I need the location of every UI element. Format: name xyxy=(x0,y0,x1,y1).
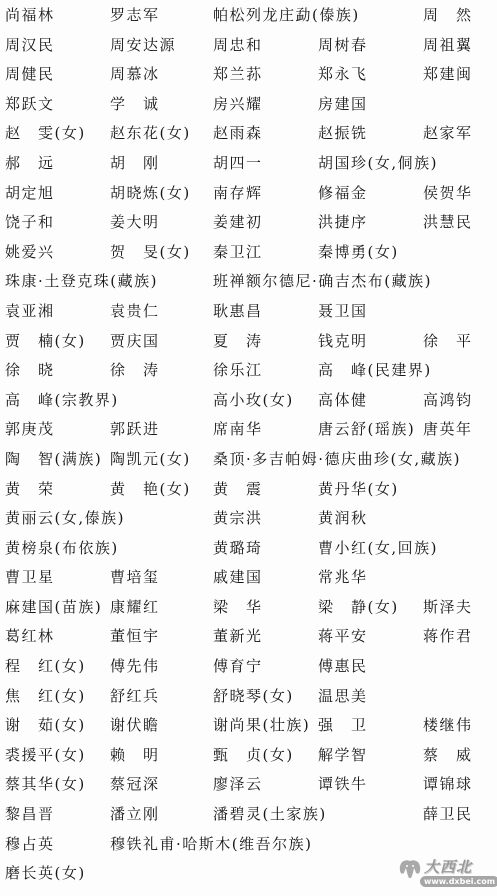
name-entry: 周慕冰 xyxy=(110,62,160,86)
name-entry: 班禅额尔德尼·确吉杰布(藏族) xyxy=(213,269,432,293)
name-entry: 常兆华 xyxy=(318,565,368,589)
name-entry: 胡晓炼(女) xyxy=(110,181,191,205)
name-entry: 房建国 xyxy=(318,92,368,116)
name-entry: 舒晓琴(女) xyxy=(213,684,294,708)
name-entry: 赵雨森 xyxy=(213,121,263,145)
name-entry: 斯泽夫 xyxy=(423,595,473,619)
watermark-title: 大西北 xyxy=(424,856,472,877)
name-entry: 曹卫星 xyxy=(5,565,55,589)
name-entry: 贾庆国 xyxy=(110,329,160,353)
name-entry: 罗志军 xyxy=(110,3,160,27)
name-entry: 蔡 威 xyxy=(423,743,473,767)
name-entry: 桑顶·多吉帕姆·德庆曲珍(女,藏族) xyxy=(213,447,461,471)
name-entry: 康耀红 xyxy=(110,595,160,619)
name-entry: 强 卫 xyxy=(318,713,368,737)
name-entry: 徐乐江 xyxy=(213,358,263,382)
name-entry: 焦 红(女) xyxy=(5,684,86,708)
name-entry: 高体健 xyxy=(318,388,368,412)
name-entry: 饶子和 xyxy=(5,210,55,234)
name-entry: 房兴耀 xyxy=(213,92,263,116)
name-entry: 周祖翼 xyxy=(423,33,473,57)
name-entry: 夏 涛 xyxy=(213,329,263,353)
name-entry: 赖 明 xyxy=(110,743,160,767)
name-row: 蔡其华(女)蔡冠深廖泽云谭铁牛谭锦球 xyxy=(0,772,497,802)
name-entry: 傅先伟 xyxy=(110,654,160,678)
name-entry: 赵家军 xyxy=(423,121,473,145)
name-entry: 郑建闽 xyxy=(423,62,473,86)
name-entry: 高 峰(宗教界) xyxy=(5,388,119,412)
watermark: 大西北 www.dxbei.com xyxy=(398,856,493,890)
watermark-url: www.dxbei.com xyxy=(420,876,497,887)
name-row: 陶 智(满族)陶凯元(女)桑顶·多吉帕姆·德庆曲珍(女,藏族) xyxy=(0,447,497,477)
name-entry: 蒋作君 xyxy=(423,624,473,648)
name-entry: 周安达源 xyxy=(110,33,176,57)
name-entry: 秦卫江 xyxy=(213,240,263,264)
elephant-head-icon xyxy=(398,858,422,880)
name-entry: 周忠和 xyxy=(213,33,263,57)
name-row: 高 峰(宗教界)高小玫(女)高体健高鸿钧 xyxy=(0,388,497,418)
name-entry: 廖泽云 xyxy=(213,772,263,796)
name-entry: 聂卫国 xyxy=(318,299,368,323)
name-entry: 黄丽云(女,傣族) xyxy=(5,506,125,530)
name-entry: 薛卫民 xyxy=(423,802,473,826)
name-entry: 潘碧灵(土家族) xyxy=(213,802,327,826)
name-entry: 修福金 xyxy=(318,181,368,205)
name-entry: 贺 旻(女) xyxy=(110,240,191,264)
name-entry: 郝 远 xyxy=(5,151,55,175)
name-entry: 谭铁牛 xyxy=(318,772,368,796)
name-entry: 葛红林 xyxy=(5,624,55,648)
name-row: 裘援平(女)赖 明甄 贞(女)解学智蔡 威 xyxy=(0,743,497,773)
name-entry: 蒋平安 xyxy=(318,624,368,648)
name-entry: 黄 震 xyxy=(213,477,263,501)
name-row: 赵 雯(女)赵东花(女)赵雨森赵振铣赵家军 xyxy=(0,121,497,151)
name-entry: 钱克明 xyxy=(318,329,368,353)
name-entry: 麻建国(苗族) xyxy=(5,595,102,619)
name-entry: 唐云舒(瑶族) xyxy=(318,417,415,441)
name-entry: 蔡冠深 xyxy=(110,772,160,796)
name-entry: 潘立刚 xyxy=(110,802,160,826)
name-entry: 黄丹华(女) xyxy=(318,477,399,501)
name-entry: 戚建国 xyxy=(213,565,263,589)
name-entry: 洪慧民 xyxy=(423,210,473,234)
name-entry: 唐英年 xyxy=(423,417,473,441)
name-entry: 南存辉 xyxy=(213,181,263,205)
name-entry: 学 诚 xyxy=(110,92,160,116)
name-entry: 郭跃进 xyxy=(110,417,160,441)
name-entry: 袁贵仁 xyxy=(110,299,160,323)
name-row: 姚爱兴贺 旻(女)秦卫江秦博勇(女) xyxy=(0,240,497,270)
name-entry: 周树春 xyxy=(318,33,368,57)
name-entry: 贾 楠(女) xyxy=(5,329,86,353)
document-page: 尚福林罗志军帕松列龙庄勐(傣族)周 然周汉民周安达源周忠和周树春周祖翼周健民周慕… xyxy=(0,0,497,896)
name-entry: 陶凯元(女) xyxy=(110,447,191,471)
name-list: 尚福林罗志军帕松列龙庄勐(傣族)周 然周汉民周安达源周忠和周树春周祖翼周健民周慕… xyxy=(0,3,497,891)
name-row: 谢 茹(女)谢伏瞻谢尚果(壮族)强 卫楼继伟 xyxy=(0,713,497,743)
name-entry: 黄润秋 xyxy=(318,506,368,530)
name-entry: 席南华 xyxy=(213,417,263,441)
name-entry: 姜建初 xyxy=(213,210,263,234)
name-row: 饶子和姜大明姜建初洪捷序洪慧民 xyxy=(0,210,497,240)
name-entry: 黎昌晋 xyxy=(5,802,55,826)
name-entry: 姚爱兴 xyxy=(5,240,55,264)
name-entry: 胡四一 xyxy=(213,151,263,175)
name-entry: 裘援平(女) xyxy=(5,743,86,767)
name-row: 袁亚湘袁贵仁耿惠昌聂卫国 xyxy=(0,299,497,329)
name-entry: 赵振铣 xyxy=(318,121,368,145)
name-entry: 黄璐琦 xyxy=(213,536,263,560)
name-entry: 谭锦球 xyxy=(423,772,473,796)
name-entry: 解学智 xyxy=(318,743,368,767)
name-entry: 磨长英(女) xyxy=(5,861,86,885)
name-entry: 舒红兵 xyxy=(110,684,160,708)
name-row: 周健民周慕冰郑兰荪郑永飞郑建闽 xyxy=(0,62,497,92)
name-row: 胡定旭胡晓炼(女)南存辉修福金侯贺华 xyxy=(0,181,497,211)
name-row: 黄 荣黄 艳(女)黄 震黄丹华(女) xyxy=(0,477,497,507)
name-entry: 徐 晓 xyxy=(5,358,55,382)
name-row: 黎昌晋潘立刚潘碧灵(土家族)薛卫民 xyxy=(0,802,497,832)
name-entry: 谢 茹(女) xyxy=(5,713,86,737)
name-entry: 郭庚茂 xyxy=(5,417,55,441)
name-row: 周汉民周安达源周忠和周树春周祖翼 xyxy=(0,33,497,63)
name-row: 曹卫星曹培玺戚建国常兆华 xyxy=(0,565,497,595)
name-row: 尚福林罗志军帕松列龙庄勐(傣族)周 然 xyxy=(0,3,497,33)
name-entry: 温思美 xyxy=(318,684,368,708)
name-row: 贾 楠(女)贾庆国夏 涛钱克明徐 平 xyxy=(0,329,497,359)
name-entry: 梁 华 xyxy=(213,595,263,619)
name-entry: 秦博勇(女) xyxy=(318,240,399,264)
name-row: 珠康·土登克珠(藏族)班禅额尔德尼·确吉杰布(藏族) xyxy=(0,269,497,299)
name-row: 郭庚茂郭跃进席南华唐云舒(瑶族)唐英年 xyxy=(0,417,497,447)
name-entry: 耿惠昌 xyxy=(213,299,263,323)
name-entry: 傅惠民 xyxy=(318,654,368,678)
name-row: 麻建国(苗族)康耀红梁 华梁 静(女)斯泽夫 xyxy=(0,595,497,625)
name-entry: 洪捷序 xyxy=(318,210,368,234)
name-entry: 黄宗洪 xyxy=(213,506,263,530)
name-entry: 珠康·土登克珠(藏族) xyxy=(5,269,158,293)
name-entry: 袁亚湘 xyxy=(5,299,55,323)
name-entry: 蔡其华(女) xyxy=(5,772,86,796)
name-entry: 谢尚果(壮族) xyxy=(213,713,310,737)
name-entry: 尚福林 xyxy=(5,3,55,27)
name-row: 程 红(女)傅先伟傅育宁傅惠民 xyxy=(0,654,497,684)
name-entry: 董新光 xyxy=(213,624,263,648)
name-entry: 程 红(女) xyxy=(5,654,86,678)
name-row: 郑跃文学 诚房兴耀房建国 xyxy=(0,92,497,122)
name-entry: 曹培玺 xyxy=(110,565,160,589)
name-row: 黄丽云(女,傣族)黄宗洪黄润秋 xyxy=(0,506,497,536)
name-entry: 胡定旭 xyxy=(5,181,55,205)
name-entry: 徐 平 xyxy=(423,329,473,353)
name-row: 葛红林董恒宇董新光蒋平安蒋作君 xyxy=(0,624,497,654)
name-entry: 楼继伟 xyxy=(423,713,473,737)
name-entry: 高小玫(女) xyxy=(213,388,294,412)
name-entry: 黄 荣 xyxy=(5,477,55,501)
name-entry: 周 然 xyxy=(423,3,473,27)
name-entry: 董恒宇 xyxy=(110,624,160,648)
name-entry: 郑兰荪 xyxy=(213,62,263,86)
name-entry: 赵 雯(女) xyxy=(5,121,86,145)
name-entry: 郑永飞 xyxy=(318,62,368,86)
name-entry: 周健民 xyxy=(5,62,55,86)
name-entry: 侯贺华 xyxy=(423,181,473,205)
name-entry: 甄 贞(女) xyxy=(213,743,294,767)
name-entry: 黄榜泉(布依族) xyxy=(5,536,119,560)
name-entry: 傅育宁 xyxy=(213,654,263,678)
name-entry: 高鸿钧 xyxy=(423,388,473,412)
name-entry: 徐 涛 xyxy=(110,358,160,382)
name-row: 郝 远胡 刚胡四一胡国珍(女,侗族) xyxy=(0,151,497,181)
name-entry: 赵东花(女) xyxy=(110,121,191,145)
name-entry: 谢伏瞻 xyxy=(110,713,160,737)
name-entry: 周汉民 xyxy=(5,33,55,57)
name-entry: 高 峰(民建界) xyxy=(318,358,432,382)
name-row: 焦 红(女)舒红兵舒晓琴(女)温思美 xyxy=(0,684,497,714)
name-entry: 黄 艳(女) xyxy=(110,477,191,501)
name-entry: 穆铁礼甫·哈斯木(维吾尔族) xyxy=(110,832,312,856)
name-entry: 曹小红(女,回族) xyxy=(318,536,438,560)
name-entry: 帕松列龙庄勐(傣族) xyxy=(213,3,360,27)
name-row: 徐 晓徐 涛徐乐江高 峰(民建界) xyxy=(0,358,497,388)
name-entry: 姜大明 xyxy=(110,210,160,234)
name-row: 黄榜泉(布依族)黄璐琦曹小红(女,回族) xyxy=(0,536,497,566)
name-entry: 郑跃文 xyxy=(5,92,55,116)
name-entry: 胡国珍(女,侗族) xyxy=(318,151,438,175)
name-entry: 胡 刚 xyxy=(110,151,160,175)
name-entry: 陶 智(满族) xyxy=(5,447,102,471)
name-entry: 穆占英 xyxy=(5,832,55,856)
name-entry: 梁 静(女) xyxy=(318,595,399,619)
